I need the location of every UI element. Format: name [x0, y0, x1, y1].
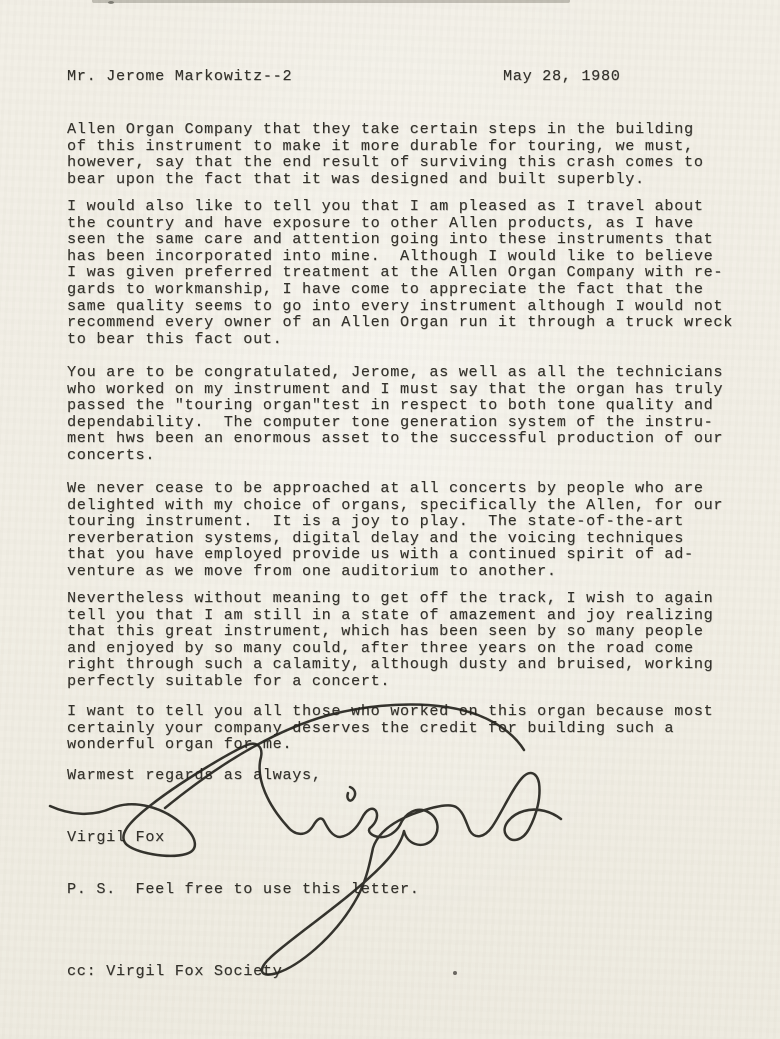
letter-page: Mr. Jerome Markowitz--2 May 28, 1980 All… [0, 0, 780, 1039]
header-recipient-page: Mr. Jerome Markowitz--2 [67, 68, 292, 85]
paper-top-edge [92, 0, 570, 3]
letter-paragraph: I would also like to tell you that I am … [67, 198, 733, 347]
signature-idot-stroke [347, 787, 355, 801]
header-date: May 28, 1980 [503, 68, 621, 85]
postscript-line: P. S. Feel free to use this letter. [67, 881, 420, 898]
letter-paragraph: Nevertheless without meaning to get off … [67, 590, 713, 690]
letter-paragraph: You are to be congratulated, Jerome, as … [67, 364, 723, 464]
letter-paragraph: Allen Organ Company that they take certa… [67, 121, 704, 187]
paper-speck [453, 971, 457, 975]
paper-speck [108, 1, 114, 4]
letter-paragraph: I want to tell you all those who worked … [67, 703, 713, 753]
cc-line: cc: Virgil Fox Society [67, 963, 282, 980]
closing-line: Warmest regards as always, [67, 767, 322, 784]
typed-signature-name: Virgil Fox [67, 829, 165, 846]
letter-paragraph: We never cease to be approached at all c… [67, 480, 723, 580]
